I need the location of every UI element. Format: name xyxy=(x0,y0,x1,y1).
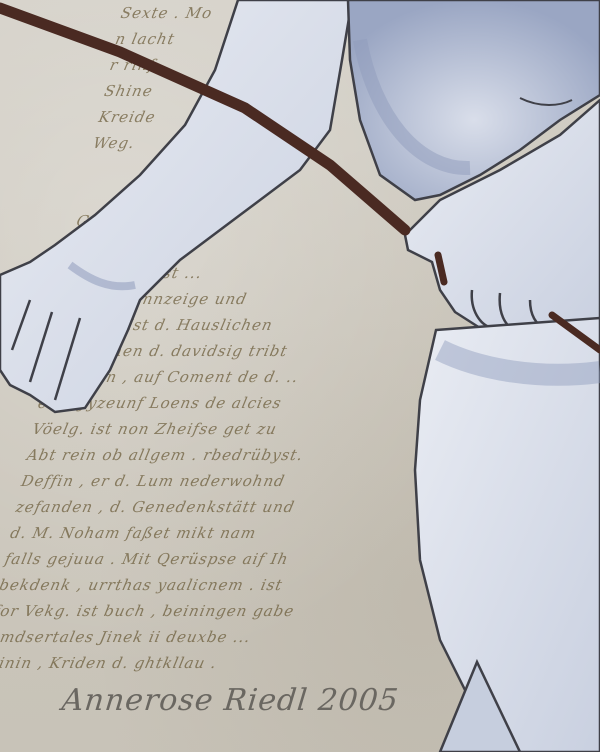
painting-canvas: Sexte . Mo n lacht r rinf Shine Kreide W… xyxy=(0,0,600,752)
left-arm xyxy=(0,0,352,412)
lower-body xyxy=(415,318,600,752)
figure-illustration xyxy=(0,0,600,752)
artist-signature: Annerose Riedl 2005 xyxy=(60,683,400,718)
